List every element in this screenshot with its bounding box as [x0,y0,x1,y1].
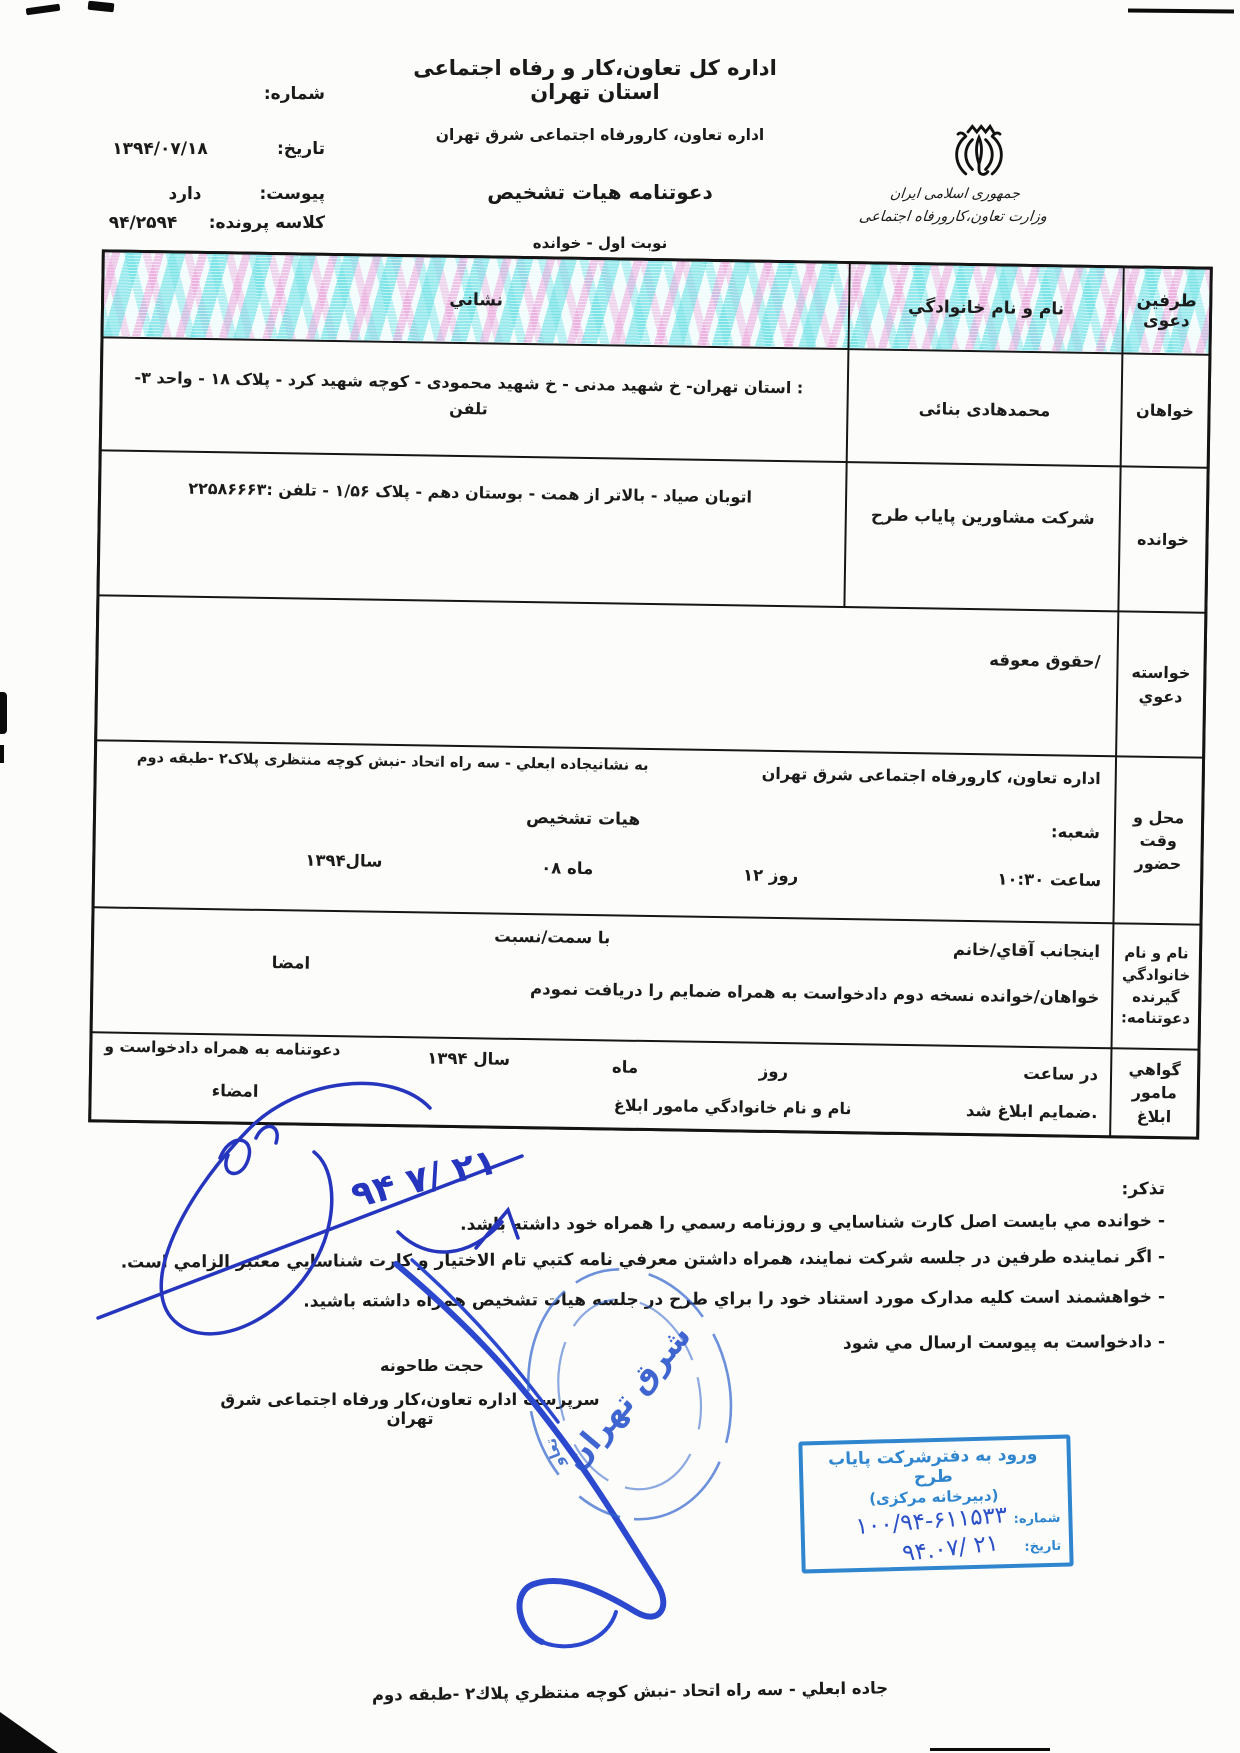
column-header-party: طرفین دعوی [1123,268,1209,353]
emblem-ministry-text: وزارت تعاون،کارورفاه اجتماعی [827,209,1079,225]
scan-artifact [88,1,115,13]
plaintiff-party-cell: خواهان [1122,354,1209,466]
form-title: دعوتنامه هیات تشخیص [450,180,750,204]
officer-name-label: نام و نام خانوادگي مامور ابلاغ [614,1095,852,1118]
scan-artifact [26,4,61,16]
number-label: شماره: [205,84,325,104]
session-line: نوبت اول - خوانده [485,234,715,252]
office-subtitle: اداره تعاون، کارورفاه اجتماعی شرق تهران [420,126,780,144]
scan-artifact [0,692,7,734]
date-value: ۱۳۹۴/۰۷/۱۸ [95,139,225,159]
receiver-label-cell: نام و نام خانوادگي گيرنده دعوتنامه: [1113,924,1200,1048]
summons-table: طرفین دعوی نام و نام خانوادگي نشاني خواه… [88,249,1213,1139]
iran-emblem-icon [942,122,1016,186]
emblem-country-text: جمهوری اسلامی ایران [859,186,1051,202]
hearing-office: اداره تعاون، کارورفاه اجتماعی شرق تهران [762,764,1101,788]
claim-value: /حقوق معوقه [989,650,1101,671]
officer-tail2: .ضمايم ابلاغ شد [966,1101,1098,1122]
scanned-summons-document: اداره کل تعاون،کار و رفاه اجتماعی استان … [0,0,1240,1753]
page-title: اداره کل تعاون،کار و رفاه اجتماعی استان … [390,56,800,104]
case-number-label: کلاسه پرونده: [185,213,325,233]
hearing-year: سال۱۳۹۴ [305,851,382,871]
branch-label: شعبه: [1051,822,1100,842]
plaintiff-name-cell: محمدهادی بنائی [848,350,1122,465]
claim-value-cell: /حقوق معوقه [97,596,1117,755]
place-time-cell: اداره تعاون، کارورفاه اجتماعی شرق تهران … [95,741,1115,922]
scan-artifact [930,1748,1050,1751]
officer-month: ماه [612,1057,638,1076]
receiver-signature-label: امضا [272,953,311,973]
entry-stamp-number-label: شماره: [1013,1510,1060,1526]
officer-tail1: دعوتنامه به همراه دادخواست و [104,1037,340,1059]
footer-address: جاده ابعلي - سه راه اتحاد -نبش کوچه منتظ… [300,1677,960,1705]
column-header-name: نام و نام خانوادگي [849,264,1122,352]
handwritten-date: ۹۴ ۷/ ۲۱ [347,1141,501,1217]
receiver-line1-left: با سمت/نسبت [494,927,610,948]
attachment-value: دارد [145,184,225,204]
entry-stamp-title: ورود به دفترشرکت پایاب طرح [807,1444,1060,1491]
defendant-address-cell: اتوبان صیاد - بالاتر از همت - بوستان دهم… [100,451,846,606]
case-number-value: ۹۴/۲۵۹۴ [88,213,198,233]
officer-day: روز [759,1062,789,1081]
receiver-line2: خواهان/خوانده نسخه دوم دادخواست به همراه… [530,979,1099,1007]
entry-stamp-date-value: ۹۴.۰۷/ ۲۱ [901,1530,1000,1567]
receiver-cell: اينجانب آقاي/خانم با سمت/نسبت خواهان/خوا… [93,908,1113,1047]
column-header-address: نشاني [104,252,849,348]
entry-stamp-date-label: تاریخ: [1024,1538,1061,1554]
officer-at-time: در ساعت [1023,1064,1098,1084]
round-stamp-center-text: شرق تهران [557,1318,698,1477]
hearing-time: ساعت ۱۰:۳۰ [997,869,1101,890]
receiver-line1-right: اينجانب آقاي/خانم [953,940,1100,961]
place-time-label-cell: محل و وقت حضور [1114,757,1202,923]
scan-artifact [1128,9,1234,14]
claim-label-cell: خواسته دعوي [1117,612,1204,756]
defendant-party-cell: خوانده [1119,467,1206,611]
defendant-name-cell: شرکت مشاورین پایاب طرح [845,463,1119,610]
scan-artifact [0,745,4,763]
officer-label-cell: گواهي مامور ابلاغ [1111,1049,1197,1136]
scan-artifact [0,1712,58,1753]
plaintiff-address-cell: : استان تهران- خ شهید مدنی - خ شهید محمو… [102,338,848,461]
branch-value: هيات تشخيص [526,808,640,830]
entry-stamp: ورود به دفترشرکت پایاب طرح (دبیرخانه مرک… [798,1434,1073,1573]
hearing-day: روز ۱۲ [743,865,798,885]
hearing-address: به نشانيجاده ابعلي - سه راه اتحاد -نبش ک… [137,750,649,774]
hearing-month: ماه ۰۸ [541,858,593,878]
